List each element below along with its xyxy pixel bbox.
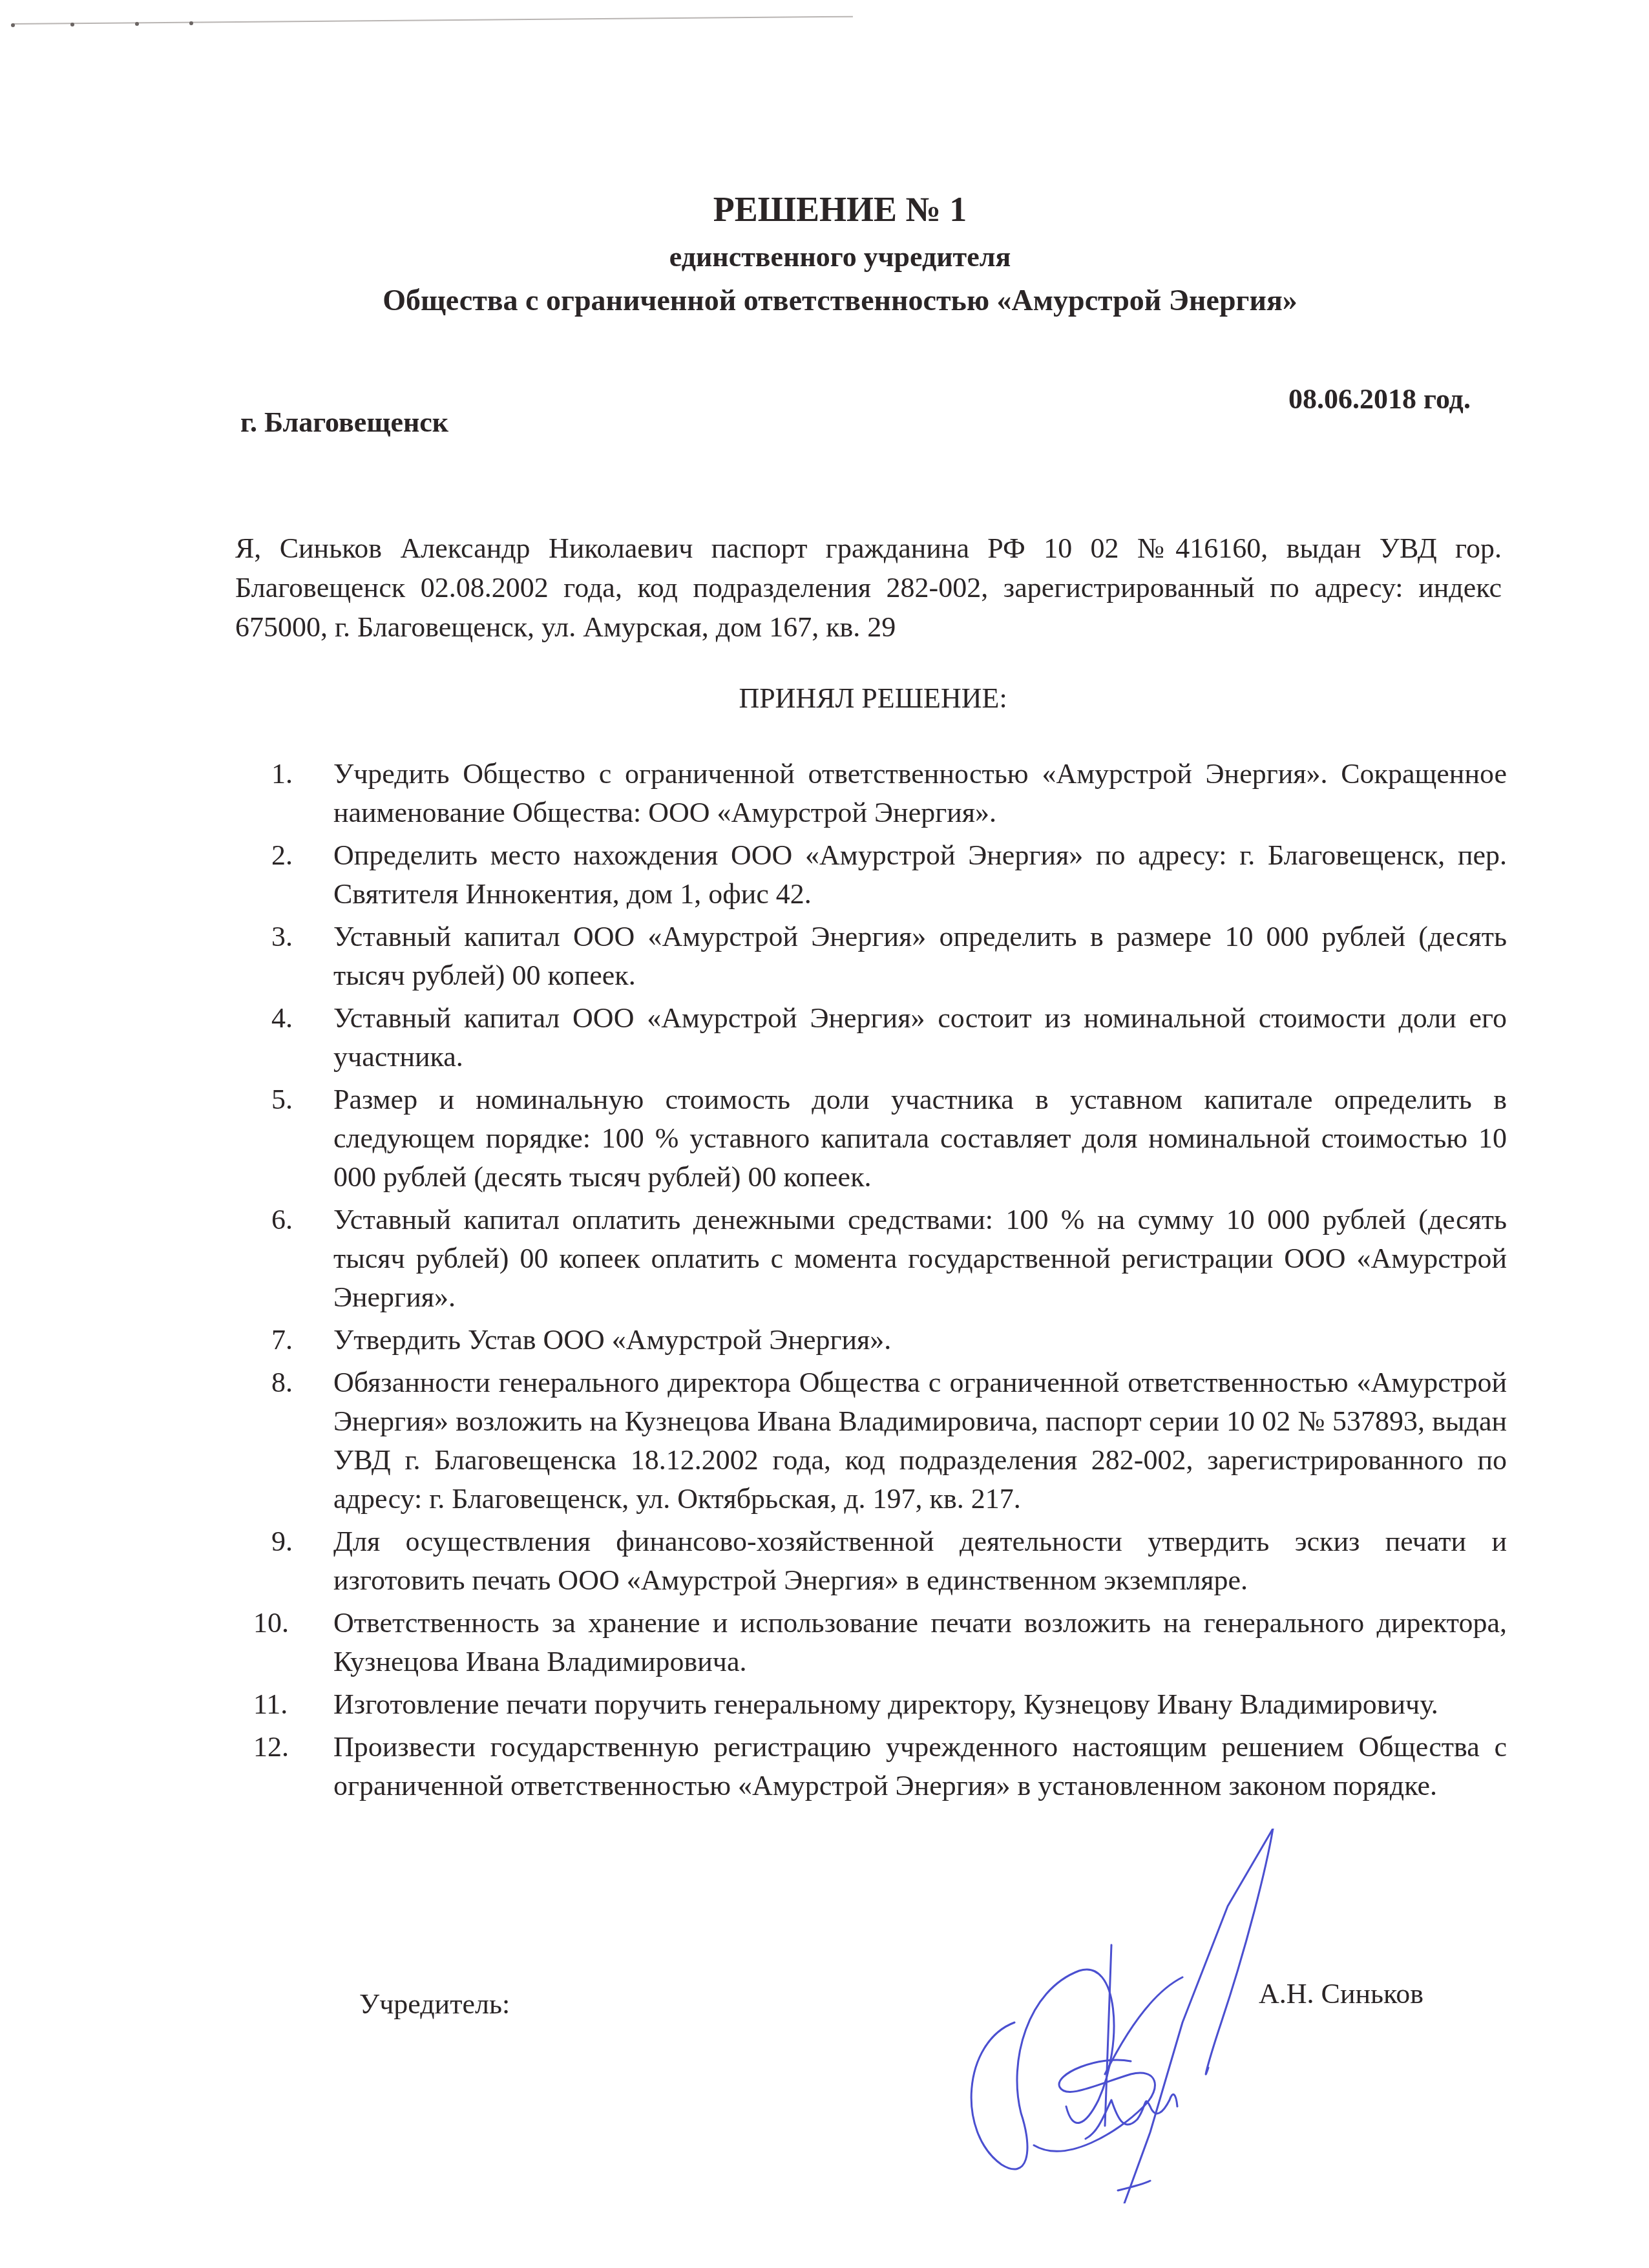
item-number: 9. <box>271 1522 330 1561</box>
item-text: Определить место нахождения ООО «Амурстр… <box>333 839 1507 910</box>
decision-item-7: 7.Утвердить Устав ООО «Амурстрой Энергия… <box>271 1321 1507 1360</box>
decision-item-8: 8.Обязанности генерального директора Общ… <box>271 1363 1507 1518</box>
item-text: Произвести государственную регистрацию у… <box>333 1731 1507 1801</box>
decision-item-1: 1.Учредить Общество с ограниченной ответ… <box>271 755 1507 832</box>
item-text: Уставный капитал ООО «Амурстрой Энергия»… <box>333 1002 1507 1073</box>
founder-name: А.Н. Синьков <box>1259 1977 1423 2010</box>
item-text: Уставный капитал оплатить денежными сред… <box>333 1204 1507 1313</box>
decision-item-5: 5.Размер и номинальную стоимость доли уч… <box>271 1080 1507 1197</box>
decision-items-list: 1.Учредить Общество с ограниченной ответ… <box>271 755 1507 1809</box>
item-text: Для осуществления финансово-хозяйственно… <box>333 1526 1507 1596</box>
item-number: 1. <box>271 755 330 793</box>
item-text: Утвердить Устав ООО «Амурстрой Энергия». <box>333 1324 891 1356</box>
item-number: 2. <box>271 836 330 875</box>
decision-item-2: 2.Определить место нахождения ООО «Амурс… <box>271 836 1507 914</box>
item-text: Обязанности генерального директора Общес… <box>333 1367 1507 1515</box>
signature-icon <box>950 1829 1428 2203</box>
item-number: 6. <box>271 1201 330 1239</box>
document-title: РЕШЕНИЕ № 1 <box>149 189 1531 229</box>
item-number: 12. <box>253 1728 311 1767</box>
item-number: 5. <box>271 1080 330 1119</box>
item-text: Учредить Общество с ограниченной ответст… <box>333 758 1507 828</box>
preamble-paragraph: Я, Синьков Александр Николаевич паспорт … <box>235 529 1502 647</box>
decided-heading: ПРИНЯЛ РЕШЕНИЕ: <box>0 682 1649 715</box>
item-number: 10. <box>253 1604 311 1643</box>
item-text: Уставный капитал ООО «Амурстрой Энергия»… <box>333 921 1507 991</box>
item-number: 3. <box>271 918 330 956</box>
founder-label: Учредитель: <box>359 1988 510 2021</box>
decision-item-11: 11.Изготовление печати поручить генераль… <box>271 1685 1507 1724</box>
item-number: 7. <box>271 1321 330 1360</box>
document-date: 08.06.2018 год. <box>1288 383 1471 415</box>
item-number: 8. <box>271 1363 330 1402</box>
decision-item-12: 12.Произвести государственную регистраци… <box>271 1728 1507 1805</box>
item-text: Изготовление печати поручить генеральном… <box>333 1688 1438 1720</box>
decision-item-3: 3.Уставный капитал ООО «Амурстрой Энерги… <box>271 918 1507 995</box>
document-subtitle: единственного учредителя <box>149 240 1531 273</box>
item-number: 11. <box>253 1685 311 1724</box>
item-text: Размер и номинальную стоимость доли учас… <box>333 1084 1507 1193</box>
decision-item-6: 6.Уставный капитал оплатить денежными ср… <box>271 1201 1507 1317</box>
city: г. Благовещенск <box>240 406 448 439</box>
decision-item-9: 9.Для осуществления финансово-хозяйствен… <box>271 1522 1507 1600</box>
item-number: 4. <box>271 999 330 1038</box>
decision-item-10: 10.Ответственность за хранение и использ… <box>271 1604 1507 1681</box>
item-text: Ответственность за хранение и использова… <box>333 1607 1507 1677</box>
decision-item-4: 4.Уставный капитал ООО «Амурстрой Энерги… <box>271 999 1507 1076</box>
organization-name: Общества с ограниченной ответственностью… <box>149 283 1531 317</box>
